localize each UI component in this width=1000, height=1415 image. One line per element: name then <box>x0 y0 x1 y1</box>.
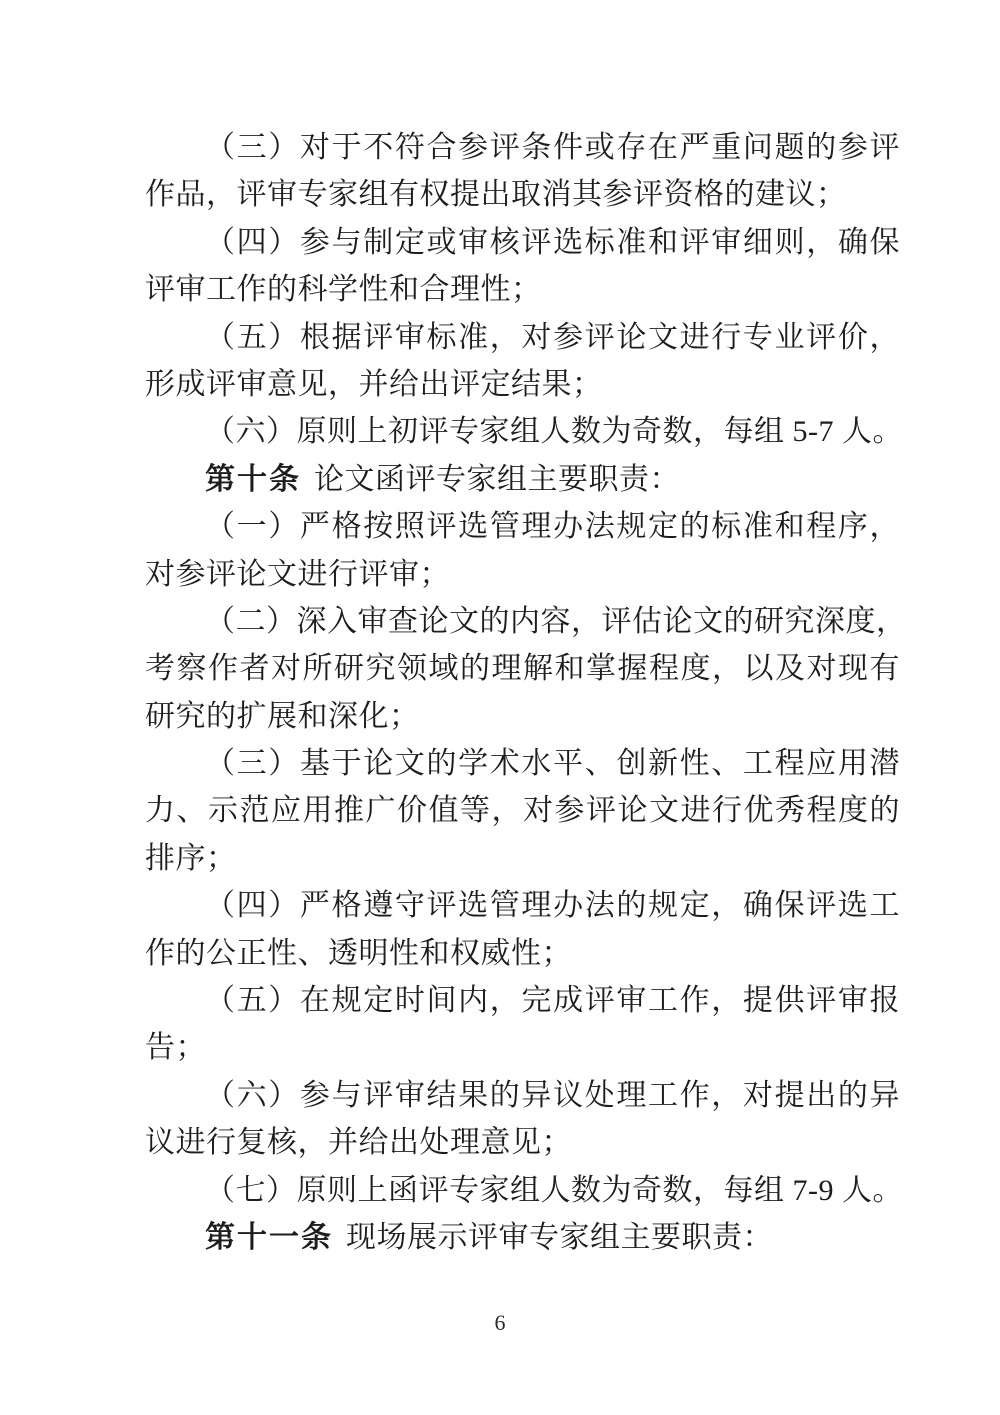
paragraph: （五）在规定时间内，完成评审工作，提供评审报告； <box>145 977 900 1072</box>
paragraph: 第十条论文函评专家组主要职责： <box>145 456 900 503</box>
paragraph: （七）原则上函评专家组人数为奇数，每组 7-9 人。 <box>145 1167 900 1214</box>
text-line: （五）在规定时间内，完成评审工作，提供评审报 <box>145 977 900 1024</box>
text-line: 对参评论文进行评审； <box>145 551 900 598</box>
text-line: 作的公正性、透明性和权威性； <box>145 930 900 977</box>
text-line: （一）严格按照评选管理办法规定的标准和程序， <box>145 503 900 550</box>
article-number-label: 第十条 <box>205 463 301 496</box>
text-line: （五）根据评审标准，对参评论文进行专业评价， <box>145 314 900 361</box>
document-body: （三）对于不符合参评条件或存在严重问题的参评作品，评审专家组有权提出取消其参评资… <box>145 124 900 1261</box>
text-line: 排序； <box>145 835 900 882</box>
text-line: 研究的扩展和深化； <box>145 693 900 740</box>
text-line: （三）对于不符合参评条件或存在严重问题的参评 <box>145 124 900 171</box>
paragraph: （六）参与评审结果的异议处理工作，对提出的异议进行复核，并给出处理意见； <box>145 1072 900 1167</box>
paragraph: （三）对于不符合参评条件或存在严重问题的参评作品，评审专家组有权提出取消其参评资… <box>145 124 900 219</box>
text-line: 议进行复核，并给出处理意见； <box>145 1119 900 1166</box>
text-line: 第十条论文函评专家组主要职责： <box>145 456 900 503</box>
paragraph: 第十一条现场展示评审专家组主要职责： <box>145 1214 900 1261</box>
paragraph: （四）参与制定或审核评选标准和评审细则，确保评审工作的科学性和合理性； <box>145 219 900 314</box>
text-line: 力、示范应用推广价值等，对参评论文进行优秀程度的 <box>145 787 900 834</box>
text-line: （二）深入审查论文的内容，评估论文的研究深度， <box>145 598 900 645</box>
page-number: 6 <box>0 1308 1000 1338</box>
document-page: （三）对于不符合参评条件或存在严重问题的参评作品，评审专家组有权提出取消其参评资… <box>0 0 1000 1415</box>
paragraph: （三）基于论文的学术水平、创新性、工程应用潜力、示范应用推广价值等，对参评论文进… <box>145 740 900 882</box>
text-line: （三）基于论文的学术水平、创新性、工程应用潜 <box>145 740 900 787</box>
paragraph: （一）严格按照评选管理办法规定的标准和程序，对参评论文进行评审； <box>145 503 900 598</box>
text-line: 评审工作的科学性和合理性； <box>145 266 900 313</box>
text-line: （六）原则上初评专家组人数为奇数，每组 5-7 人。 <box>145 408 900 455</box>
paragraph: （六）原则上初评专家组人数为奇数，每组 5-7 人。 <box>145 408 900 455</box>
text-line: 作品，评审专家组有权提出取消其参评资格的建议； <box>145 171 900 218</box>
text-line: （四）参与制定或审核评选标准和评审细则，确保 <box>145 219 900 266</box>
text-line: 考察作者对所研究领域的理解和掌握程度，以及对现有 <box>145 645 900 692</box>
paragraph: （四）严格遵守评选管理办法的规定，确保评选工作的公正性、透明性和权威性； <box>145 882 900 977</box>
text-line: （七）原则上函评专家组人数为奇数，每组 7-9 人。 <box>145 1167 900 1214</box>
article-number-label: 第十一条 <box>205 1221 333 1254</box>
paragraph: （五）根据评审标准，对参评论文进行专业评价，形成评审意见，并给出评定结果； <box>145 314 900 409</box>
text-line: （四）严格遵守评选管理办法的规定，确保评选工 <box>145 882 900 929</box>
text-line: 告； <box>145 1024 900 1071</box>
text-line: 形成评审意见，并给出评定结果； <box>145 361 900 408</box>
text-line: 第十一条现场展示评审专家组主要职责： <box>145 1214 900 1261</box>
paragraph: （二）深入审查论文的内容，评估论文的研究深度，考察作者对所研究领域的理解和掌握程… <box>145 598 900 740</box>
text-line: （六）参与评审结果的异议处理工作，对提出的异 <box>145 1072 900 1119</box>
